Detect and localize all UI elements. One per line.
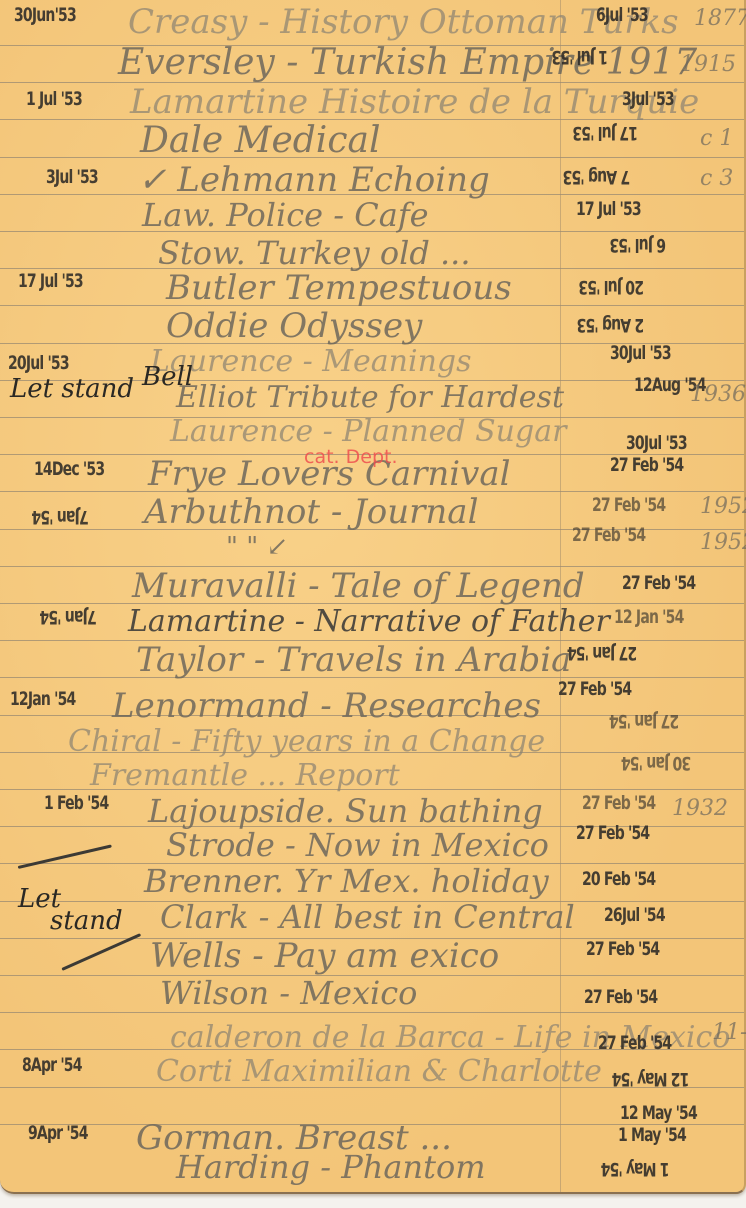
title-entry: Wilson - Mexico [160, 974, 417, 1012]
date-stamp-right: 1 May '54 [618, 1124, 686, 1146]
date-stamp-left: 3Jul '53 [46, 166, 98, 188]
margin-number: 1952 [700, 494, 746, 519]
title-entry: Elliot Tribute for Hardest [176, 380, 564, 415]
date-stamp-left: 20Jul '53 [8, 352, 69, 374]
date-stamp-right: 1 Jul '53 [552, 46, 608, 68]
title-entry: Lamartine Histoire de la Turquie [130, 82, 699, 122]
date-stamp-left: 7Jan '54 [32, 506, 89, 528]
date-stamp-right: 27 Feb '54 [586, 938, 659, 960]
date-stamp-right: 17 Jul '53 [573, 122, 638, 144]
title-entry: Lenormand - Researches [112, 686, 541, 726]
margin-number: 1932 [672, 796, 728, 821]
date-stamp-right: 20 Feb '54 [582, 868, 655, 890]
date-stamp-right: 3Jul '53 [622, 88, 674, 110]
date-stamp-left: 9Apr '54 [28, 1122, 88, 1144]
date-stamp-right: 26Jul '54 [604, 904, 665, 926]
title-entry: Harding - Phantom [176, 1148, 486, 1186]
title-entry: Fremantle ... Report [90, 758, 400, 793]
margin-number: 1936 [690, 382, 746, 407]
date-stamp-right: 27 Feb '54 [622, 572, 695, 594]
date-stamp-left: 12Jan '54 [10, 688, 75, 710]
title-entry: Arbuthnot - Journal [144, 492, 478, 532]
title-entry: Law. Police - Cafe [142, 196, 429, 234]
date-stamp-right: 27 Feb '54 [558, 678, 631, 700]
title-entry: Oddie Odyssey [166, 306, 422, 346]
title-entry: Lamartine - Narrative of Father [128, 604, 610, 639]
date-stamp-right: 6Jul '53 [596, 4, 648, 26]
date-stamp-right: 17 Jul '53 [576, 198, 641, 220]
date-stamp-right: 1 May '54 [601, 1158, 669, 1180]
title-entry: Lajoupside. Sun bathing [148, 792, 543, 830]
date-stamp-left: 8Apr '54 [22, 1054, 82, 1076]
margin-number: 1877 [694, 6, 746, 31]
date-stamp-right: 12 May '54 [612, 1068, 689, 1090]
date-stamp-right: 27 Feb '54 [584, 986, 657, 1008]
date-stamp-right: 30Jul '53 [626, 432, 687, 454]
date-stamp-right: 20 Jul '53 [579, 276, 644, 298]
date-stamp-right: 27 Feb '54 [572, 524, 645, 546]
margin-number: 1952 [700, 530, 746, 555]
date-stamp-right: 30 Jan '54 [622, 752, 692, 774]
date-stamp-right: 27 Feb '54 [582, 792, 655, 814]
date-stamp-left: 14Dec '53 [34, 458, 104, 480]
title-entry: Taylor - Travels in Arabia [136, 640, 571, 680]
bell-note: Bell [142, 362, 193, 392]
date-stamp-right: 27 Jan '54 [610, 710, 680, 732]
title-entry: Wells - Pay am exico [150, 936, 499, 976]
title-entry: Dale Medical [140, 120, 380, 161]
let-stand-note-2-stand: stand [50, 906, 123, 936]
margin-number: c 1 [700, 126, 733, 151]
date-stamp-right: 27 Jan '54 [568, 642, 638, 664]
date-stamp-right: 7 Aug '53 [563, 166, 630, 188]
margin-number: c 3 [700, 166, 733, 191]
cat-dept-annotation: cat. Dept. [304, 446, 398, 468]
title-entry: Muravalli - Tale of Legend [132, 566, 585, 606]
margin-number: 1915 [680, 52, 736, 77]
margin-number: 11-2 [712, 1020, 746, 1045]
date-stamp-left: 30Jun'53 [14, 4, 76, 26]
title-entry: Brenner. Yr Mex. holiday [144, 862, 549, 900]
title-entry: Chiral - Fifty years in a Change [68, 724, 545, 759]
title-entry: Eversley - Turkish Empire 1917 [118, 42, 697, 83]
date-stamp-left: 7Jan '54 [40, 606, 97, 628]
let-stand-note-1: Let stand [10, 374, 134, 404]
ruled-line [0, 1012, 744, 1013]
date-stamp-left: 17 Jul '53 [18, 270, 83, 292]
record-card: Creasy - History Ottoman TurksEversley -… [0, 0, 746, 1194]
date-stamp-right: 12 Jan '54 [614, 606, 684, 628]
date-stamp-right: 27 Feb '54 [610, 454, 683, 476]
title-entry: " " ↙ [226, 532, 288, 562]
title-entry: Laurence - Meanings [150, 344, 472, 379]
date-stamp-right: 2 Aug '53 [577, 314, 644, 336]
title-entry: ✓ Lehmann Echoing [138, 160, 490, 200]
date-stamp-right: 12 May '54 [620, 1102, 697, 1124]
strike-dash-1 [18, 844, 112, 869]
date-stamp-left: 1 Jul '53 [26, 88, 82, 110]
title-entry: Clark - All best in Central [160, 898, 575, 936]
title-entry: Butler Tempestuous [166, 268, 512, 308]
title-entry: Stow. Turkey old ... [158, 234, 470, 272]
date-stamp-right: 27 Feb '54 [598, 1032, 671, 1054]
date-stamp-left: 1 Feb '54 [44, 792, 108, 814]
date-stamp-right: 6 Jul '53 [610, 234, 666, 256]
title-entry: Laurence - Planned Sugar [170, 414, 566, 449]
title-entry: Corti Maximilian & Charlotte [156, 1054, 602, 1089]
date-stamp-right: 27 Feb '54 [576, 822, 649, 844]
date-stamp-right: 30Jul '53 [610, 342, 671, 364]
date-stamp-right: 27 Feb '54 [592, 494, 665, 516]
title-entry: Strode - Now in Mexico [166, 826, 549, 864]
